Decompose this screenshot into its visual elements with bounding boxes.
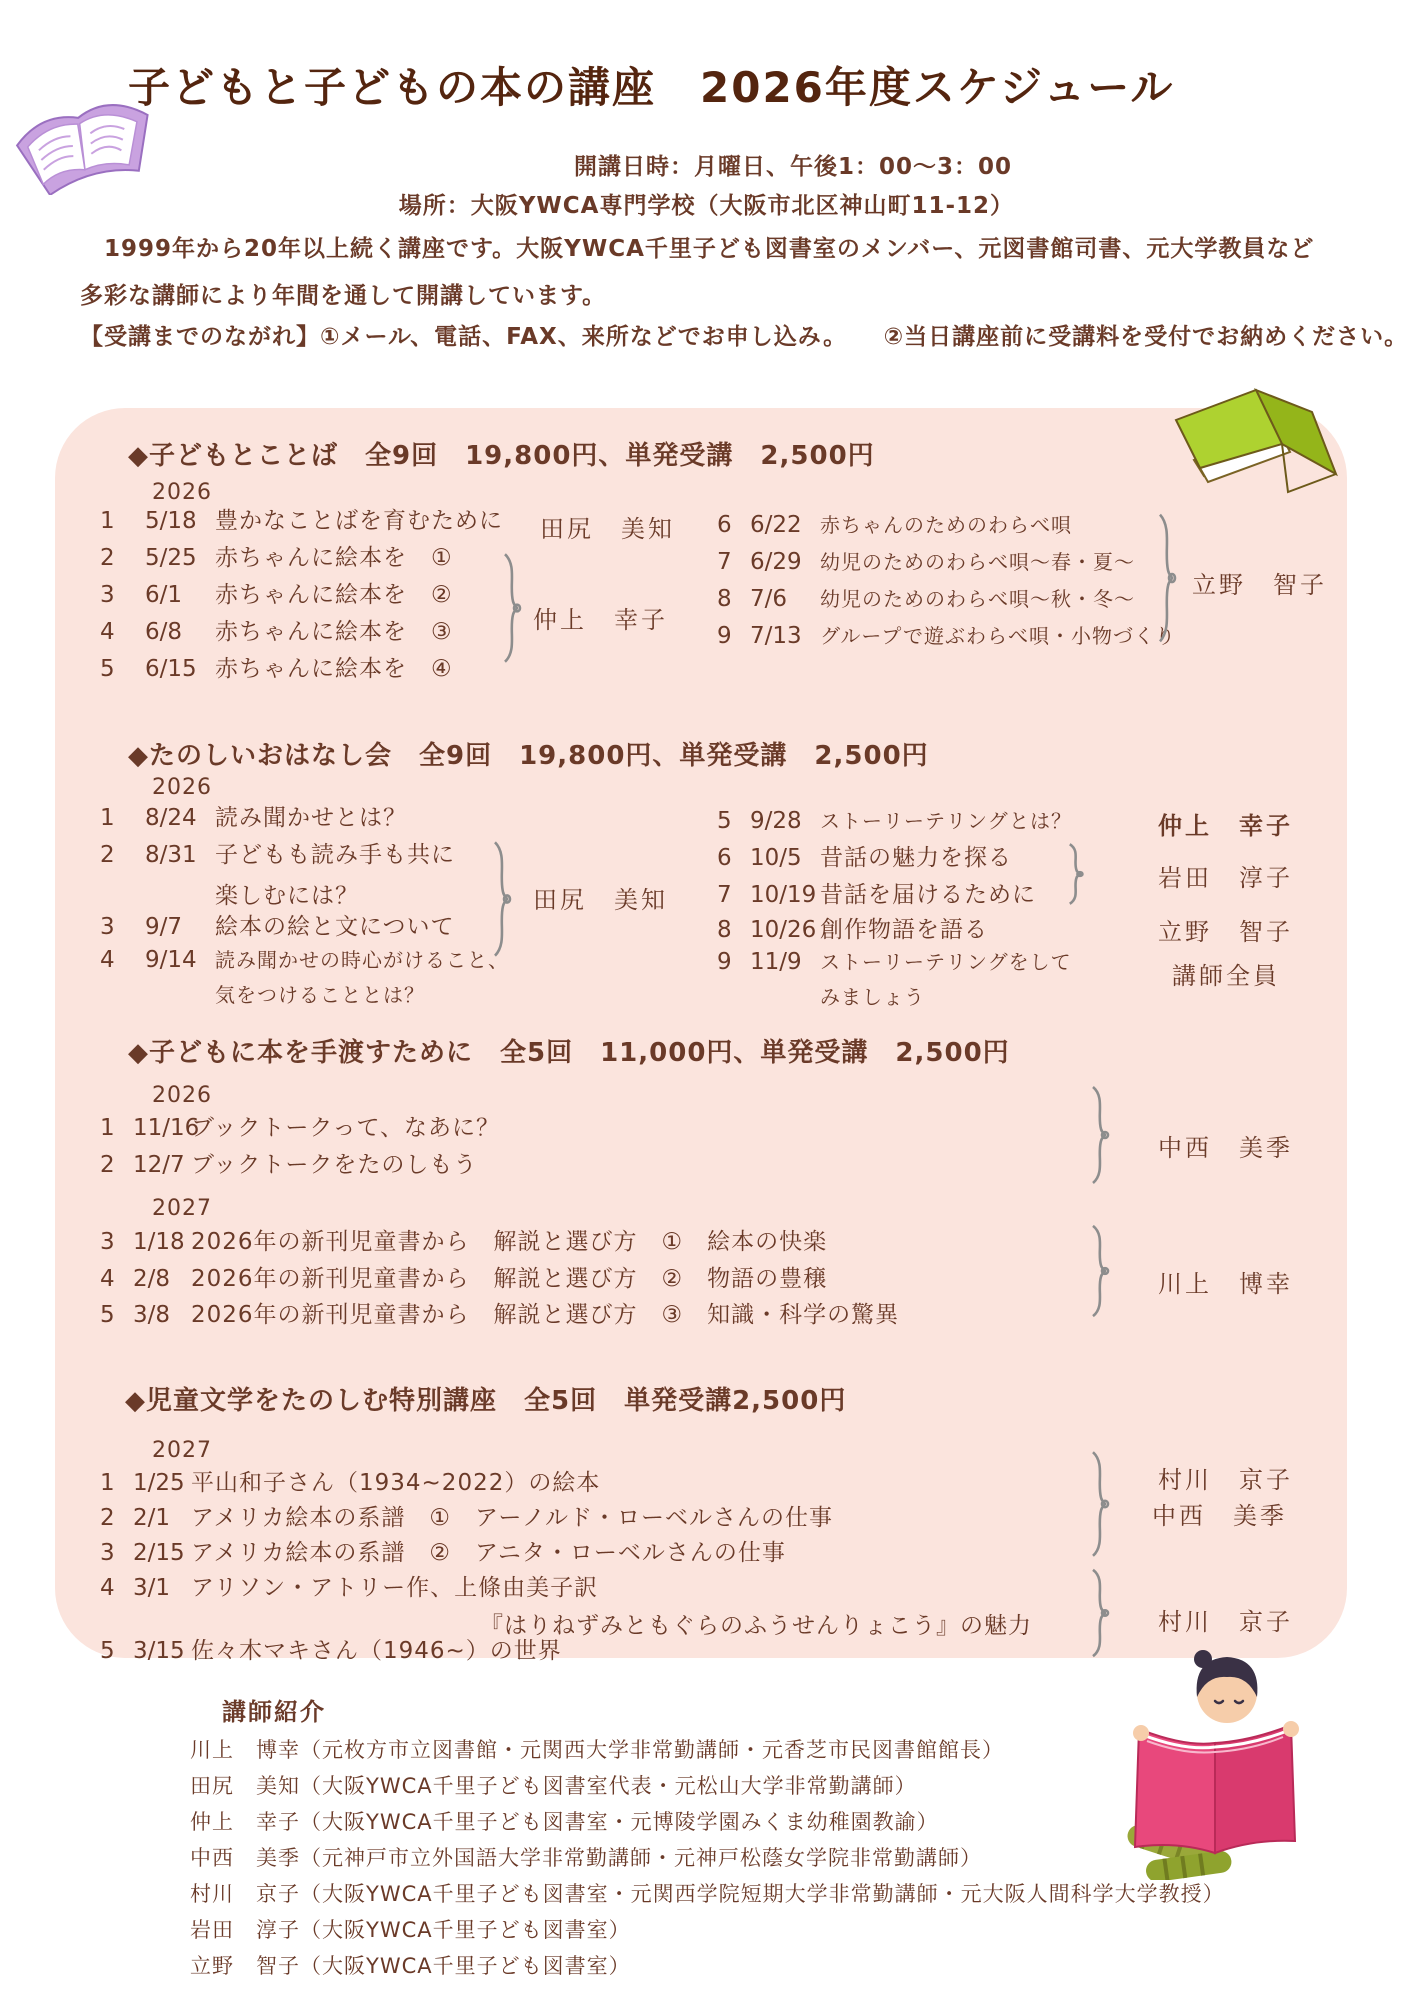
brace-decoration [1085, 1568, 1111, 1658]
row-number: 8 [717, 586, 750, 614]
row-title: 幼児のためのわらべ唄～秋・冬～ [820, 587, 1135, 611]
row-title: グループで遊ぶわらべ唄・小物づくり [820, 624, 1176, 648]
row-title: 子どもも読み手も共に [215, 842, 455, 870]
row-date: 3/1 [133, 1575, 191, 1603]
course4-heading: ◆児童文学をたのしむ特別講座 全5回 単発受講2,500円 [125, 1380, 846, 1417]
row-title: 2026年の新刊児童書から 解説と選び方 ② 物語の豊穣 [191, 1266, 827, 1294]
course3-year-2026: 2026 [152, 1083, 212, 1108]
row-number: 5 [717, 808, 750, 836]
row-number: 9 [717, 623, 750, 651]
row-number: 4 [100, 947, 145, 975]
row-title: ストーリーテリングをして [820, 950, 1072, 974]
course2-heading: ◆たのしいおはなし会 全9回 19,800円、単発受講 2,500円 [128, 735, 929, 772]
row-title: 読み聞かせの時心がけること、 [215, 948, 509, 972]
teacher-name: 川上 博幸 [1158, 1264, 1293, 1299]
row-title: 読み聞かせとは？ [215, 805, 407, 833]
row-date: 6/1 [145, 582, 215, 610]
table-row: 1 8/24 読み聞かせとは？ [100, 805, 407, 833]
table-row: 6 6/22 赤ちゃんのためのわらべ唄 [717, 512, 1072, 540]
teacher-name: 講師全員 [1172, 956, 1280, 991]
row-date: 2/15 [133, 1540, 191, 1568]
row-date: 8/24 [145, 805, 215, 833]
brace-decoration [487, 840, 513, 958]
row-number: 3 [100, 582, 145, 610]
row-date: 10/5 [750, 845, 820, 873]
row-number: 3 [100, 914, 145, 942]
course3-year-2027: 2027 [152, 1196, 212, 1221]
table-row: 3 6/1 赤ちゃんに絵本を ② [100, 582, 453, 610]
row-title-line2: 楽しむには？ [215, 877, 359, 910]
row-title: 平山和子さん（1934~2022）の絵本 [191, 1470, 600, 1498]
table-row: 7 6/29 幼児のためのわらべ唄～春・夏～ [717, 549, 1135, 577]
row-number: 3 [100, 1540, 133, 1568]
table-row: 4 3/1 アリソン・アトリー作、上條由美子訳 [100, 1575, 598, 1603]
row-date: 10/19 [750, 882, 820, 910]
row-title-line2: みましょう [820, 981, 925, 1010]
row-number: 3 [100, 1229, 133, 1257]
row-number: 4 [100, 1266, 133, 1294]
teacher-name: 仲上 幸子 [1158, 806, 1293, 841]
row-date: 7/6 [750, 586, 820, 614]
instructor-line: 田尻 美知（大阪YWCA千里子ども図書室代表・元松山大学非常勤講師） [190, 1770, 917, 1800]
row-title: 赤ちゃんのためのわらべ唄 [820, 513, 1072, 537]
row-date: 6/15 [145, 656, 215, 684]
table-row: 1 5/18 豊かなことばを育むために [100, 508, 503, 536]
course1-year: 2026 [152, 480, 212, 505]
row-number: 1 [100, 508, 145, 536]
course3-heading: ◆子どもに本を手渡すために 全5回 11,000円、単発受講 2,500円 [128, 1032, 1010, 1069]
row-date: 10/26 [750, 917, 820, 945]
row-title: アメリカ絵本の系譜 ② アニタ・ローベルさんの仕事 [191, 1540, 786, 1568]
row-date: 2/1 [133, 1505, 191, 1533]
row-title: 赤ちゃんに絵本を ③ [215, 619, 453, 647]
table-row: 7 10/19 昔話を届けるために [717, 882, 1036, 910]
teacher-name: 村川 京子 [1158, 1602, 1293, 1637]
row-number: 4 [100, 619, 145, 647]
application-flow-line: 【受講までのながれ】①メール、電話、FAX、来所などでお申し込み。 ②当日講座前… [80, 318, 1408, 351]
flyer-page: 子どもと子どもの本の講座 2026年度スケジュール 開講日時：月曜日、午後1：0… [0, 0, 1414, 2000]
row-number: 1 [100, 1115, 133, 1143]
table-row: 9 7/13 グループで遊ぶわらべ唄・小物づくり [717, 623, 1176, 651]
table-row: 3 2/15 アメリカ絵本の系譜 ② アニタ・ローベルさんの仕事 [100, 1540, 786, 1568]
course4-year: 2027 [152, 1438, 212, 1463]
course1-heading: ◆子どもとことば 全9回 19,800円、単発受講 2,500円 [128, 435, 875, 472]
row-title: 創作物語を語る [820, 917, 988, 945]
row-title: 幼児のためのわらべ唄～春・夏～ [820, 550, 1135, 574]
brace-decoration [1063, 843, 1085, 905]
row-number: 4 [100, 1575, 133, 1603]
row-date: 7/13 [750, 623, 820, 651]
table-row: 4 9/14 読み聞かせの時心がけること、 [100, 947, 509, 975]
row-date: 5/18 [145, 508, 215, 536]
row-title: 佐々木マキさん（1946~）の世界 [191, 1638, 562, 1666]
course-datetime: 開講日時：月曜日、午後1：00～3：00 [574, 148, 1012, 181]
table-row: 4 6/8 赤ちゃんに絵本を ③ [100, 619, 453, 647]
row-title: ブックトークって、なあに？ [191, 1115, 500, 1143]
course2-year: 2026 [152, 775, 212, 800]
table-row: 5 6/15 赤ちゃんに絵本を ④ [100, 656, 453, 684]
brace-decoration [1085, 1450, 1111, 1558]
instructor-line: 川上 博幸（元枚方市立図書館・元関西大学非常勤講師・元香芝市民図書館館長） [190, 1734, 1004, 1764]
table-row: 3 9/7 絵本の絵と文について [100, 914, 455, 942]
instructor-line: 岩田 淳子（大阪YWCA千里子ども図書室） [190, 1914, 631, 1944]
teacher-name: 岩田 淳子 [1158, 858, 1293, 893]
row-title: ブックトークをたのしもう [191, 1152, 477, 1180]
table-row: 5 3/15 佐々木マキさん（1946~）の世界 [100, 1638, 562, 1666]
row-number: 7 [717, 882, 750, 910]
table-row: 4 2/8 2026年の新刊児童書から 解説と選び方 ② 物語の豊穣 [100, 1266, 827, 1294]
row-date: 1/25 [133, 1470, 191, 1498]
table-row: 1 1/25 平山和子さん（1934~2022）の絵本 [100, 1470, 600, 1498]
row-number: 5 [100, 1302, 133, 1330]
row-date: 11/16 [133, 1115, 191, 1143]
instructor-line: 村川 京子（大阪YWCA千里子ども図書室・元関西学院短期大学非常勤講師・元大阪人… [190, 1878, 1225, 1908]
teacher-name: 村川 京子 [1158, 1460, 1293, 1495]
row-date: 1/18 [133, 1229, 191, 1257]
row-number: 2 [100, 1505, 133, 1533]
row-number: 9 [717, 949, 750, 977]
teacher-name: 田尻 美知 [540, 509, 675, 544]
row-title: 2026年の新刊児童書から 解説と選び方 ③ 知識・科学の驚異 [191, 1302, 899, 1330]
row-title: アリソン・アトリー作、上條由美子訳 [191, 1575, 598, 1603]
table-row: 2 5/25 赤ちゃんに絵本を ① [100, 545, 453, 573]
row-date: 9/7 [145, 914, 215, 942]
row-date: 3/8 [133, 1302, 191, 1330]
table-row: 3 1/18 2026年の新刊児童書から 解説と選び方 ① 絵本の快楽 [100, 1229, 827, 1257]
row-title: 絵本の絵と文について [215, 914, 455, 942]
page-title: 子どもと子どもの本の講座 2026年度スケジュール [128, 55, 1174, 115]
brace-decoration [1152, 512, 1178, 644]
row-date: 8/31 [145, 842, 215, 870]
row-number: 7 [717, 549, 750, 577]
table-row: 8 7/6 幼児のためのわらべ唄～秋・冬～ [717, 586, 1135, 614]
row-number: 5 [100, 1638, 133, 1666]
brace-decoration [1085, 1224, 1111, 1318]
teacher-name: 中西 美季 [1158, 1128, 1293, 1163]
instructor-line: 仲上 幸子（大阪YWCA千里子ども図書室・元博陵学園みくま幼稚園教諭） [190, 1806, 939, 1836]
row-date: 9/14 [145, 947, 215, 975]
table-row: 1 11/16 ブックトークって、なあに？ [100, 1115, 500, 1143]
row-title: 豊かなことばを育むために [215, 508, 503, 536]
intro-line-1: 1999年から20年以上続く講座です。大阪YWCA千里子ども図書室のメンバー、元… [80, 230, 1314, 263]
intro-line-2: 多彩な講師により年間を通して開講しています。 [80, 277, 606, 310]
row-number: 1 [100, 1470, 133, 1498]
row-date: 12/7 [133, 1152, 191, 1180]
row-date: 6/29 [750, 549, 820, 577]
row-date: 11/9 [750, 949, 820, 977]
instructors-heading: 講師紹介 [222, 1692, 326, 1727]
row-date: 9/28 [750, 808, 820, 836]
row-number: 2 [100, 842, 145, 870]
row-title-line2: 気をつけることとは？ [215, 979, 425, 1008]
teacher-name: 田尻 美知 [533, 880, 668, 915]
row-title: ストーリーテリングとは？ [820, 809, 1072, 833]
row-title: 赤ちゃんに絵本を ① [215, 545, 453, 573]
table-row: 9 11/9 ストーリーテリングをして [717, 949, 1072, 977]
row-title: 昔話の魅力を探る [820, 845, 1012, 873]
purple-book-icon [5, 95, 170, 195]
table-row: 8 10/26 創作物語を語る [717, 917, 988, 945]
row-title: 赤ちゃんに絵本を ④ [215, 656, 453, 684]
row-title: 昔話を届けるために [820, 882, 1036, 910]
reading-boy-icon [1115, 1645, 1315, 1880]
row-number: 6 [717, 845, 750, 873]
brace-decoration [497, 552, 523, 664]
row-number: 5 [100, 656, 145, 684]
row-title: 2026年の新刊児童書から 解説と選び方 ① 絵本の快楽 [191, 1229, 827, 1257]
row-date: 6/8 [145, 619, 215, 647]
instructor-line: 中西 美季（元神戸市立外国語大学非常勤講師・元神戸松蔭女学院非常勤講師） [190, 1842, 982, 1872]
table-row: 2 8/31 子どもも読み手も共に [100, 842, 455, 870]
row-number: 2 [100, 1152, 133, 1180]
row-title: 赤ちゃんに絵本を ② [215, 582, 453, 610]
table-row: 6 10/5 昔話の魅力を探る [717, 845, 1012, 873]
row-date: 3/15 [133, 1638, 191, 1666]
table-row: 5 3/8 2026年の新刊児童書から 解説と選び方 ③ 知識・科学の驚異 [100, 1302, 899, 1330]
row-number: 6 [717, 512, 750, 540]
teacher-name: 立野 智子 [1158, 912, 1293, 947]
teacher-name: 立野 智子 [1192, 565, 1327, 600]
row-number: 1 [100, 805, 145, 833]
course-place: 場所：大阪YWCA専門学校（大阪市北区神山町11-12） [399, 187, 1014, 220]
teacher-name: 中西 美季 [1152, 1496, 1287, 1531]
row-date: 6/22 [750, 512, 820, 540]
row-date: 5/25 [145, 545, 215, 573]
row-number: 2 [100, 545, 145, 573]
table-row: 5 9/28 ストーリーテリングとは？ [717, 808, 1072, 836]
table-row: 2 2/1 アメリカ絵本の系譜 ① アーノルド・ローベルさんの仕事 [100, 1505, 833, 1533]
green-book-icon [1160, 380, 1340, 498]
instructor-line: 立野 智子（大阪YWCA千里子ども図書室） [190, 1950, 631, 1980]
row-title: アメリカ絵本の系譜 ① アーノルド・ローベルさんの仕事 [191, 1505, 833, 1533]
table-row: 2 12/7 ブックトークをたのしもう [100, 1152, 477, 1180]
row-number: 8 [717, 917, 750, 945]
row-title-line2: 『はりねずみともぐらのふうせんりょこう』の魅力 [480, 1607, 1032, 1640]
brace-decoration [1085, 1085, 1111, 1185]
teacher-name: 仲上 幸子 [533, 600, 668, 635]
row-date: 2/8 [133, 1266, 191, 1294]
